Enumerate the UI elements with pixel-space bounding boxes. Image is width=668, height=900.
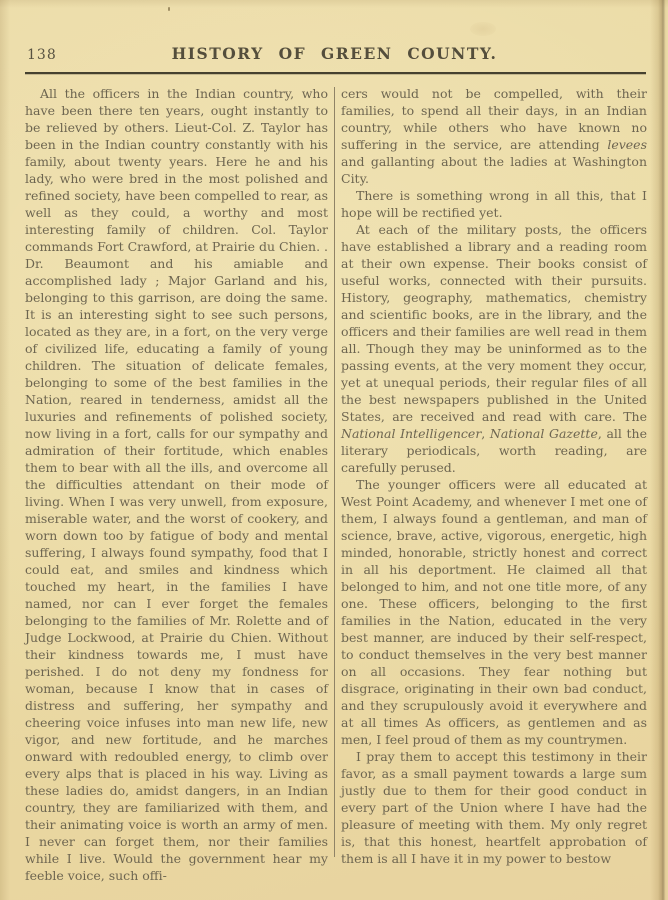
page-header: 138 HISTORY OF GREEN COUNTY. bbox=[25, 44, 644, 66]
column-divider bbox=[334, 87, 335, 857]
paragraph: I pray them to accept this testimony in … bbox=[341, 748, 647, 867]
page-edge-left-shadow bbox=[0, 0, 10, 900]
text-columns: All the officers in the Indian country, … bbox=[25, 85, 648, 884]
header-rule bbox=[25, 72, 646, 74]
page-title: HISTORY OF GREEN COUNTY. bbox=[25, 44, 644, 63]
page-edge-top-shadow bbox=[0, 0, 668, 8]
paragraph: There is something wrong in all this, th… bbox=[341, 187, 647, 221]
left-column: All the officers in the Indian country, … bbox=[25, 85, 328, 884]
page-edge-right-shadow bbox=[650, 0, 668, 900]
page-number: 138 bbox=[27, 47, 57, 63]
paragraph: cers would not be compelled, with their … bbox=[341, 85, 647, 187]
paragraph: The younger officers were all educated a… bbox=[341, 476, 647, 748]
book-page: 138 HISTORY OF GREEN COUNTY. All the off… bbox=[0, 0, 668, 900]
paragraph: At each of the military posts, the offic… bbox=[341, 221, 647, 476]
paper-smudge bbox=[470, 22, 496, 36]
paragraph: All the officers in the Indian country, … bbox=[25, 85, 328, 884]
right-column: cers would not be compelled, with their … bbox=[341, 85, 647, 884]
paper-speck bbox=[168, 7, 170, 11]
